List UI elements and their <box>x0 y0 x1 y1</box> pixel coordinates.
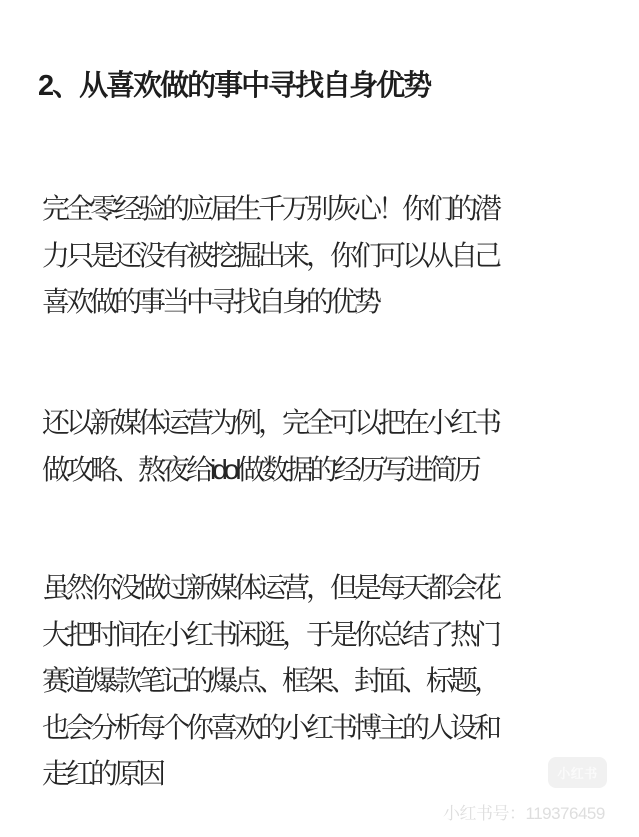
text-line: 还以新媒体运营为例，完全可以把在小红书 <box>42 400 498 447</box>
xiaohongshu-id-watermark: 小红书号：119376459 <box>443 799 605 824</box>
text-line: 赛道爆款笔记的爆点、框架、封面、标题， <box>42 658 498 705</box>
text-line: 喜欢做的事当中寻找自身的优势 <box>42 279 498 326</box>
text-line: 大把时间在小红书闲逛，于是你总结了热门 <box>42 612 498 659</box>
text-line: 力只是还没有被挖掘出来，你们可以从自己 <box>42 233 498 280</box>
text-line: 完全零经验的应届生千万别灰心！你们的潜 <box>42 186 498 233</box>
note-page: 2、从喜欢做的事中寻找自身优势 完全零经验的应届生千万别灰心！你们的潜 力只是还… <box>0 0 639 837</box>
paragraph-3: 虽然你没做过新媒体运营，但是每天都会花 大把时间在小红书闲逛，于是你总结了热门 … <box>42 565 498 798</box>
paragraph-2: 还以新媒体运营为例，完全可以把在小红书 做攻略、熬夜给idol做数据的经历写进简… <box>42 400 498 493</box>
text-line: 虽然你没做过新媒体运营，但是每天都会花 <box>42 565 498 612</box>
xiaohongshu-watermark-badge: 小红书 <box>548 757 607 788</box>
text-line: 做攻略、熬夜给idol做数据的经历写进简历 <box>42 447 498 494</box>
text-line: 走红的原因 <box>42 751 498 798</box>
section-heading: 2、从喜欢做的事中寻找自身优势 <box>38 66 430 106</box>
text-line: 也会分析每个你喜欢的小红书博主的人设和 <box>42 705 498 752</box>
paragraph-1: 完全零经验的应届生千万别灰心！你们的潜 力只是还没有被挖掘出来，你们可以从自己 … <box>42 186 498 326</box>
